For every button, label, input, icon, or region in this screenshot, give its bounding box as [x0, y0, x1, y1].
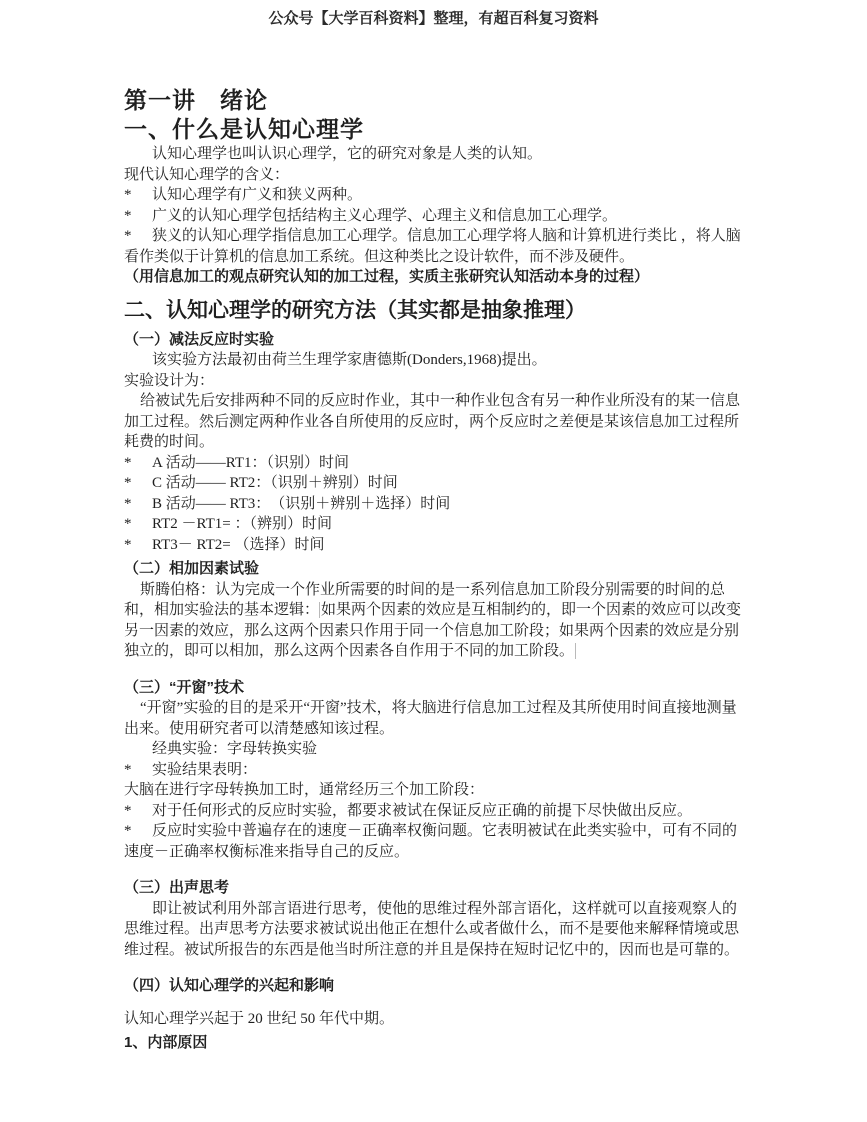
bullet-marker: *: [124, 535, 152, 556]
line-text: 经典实验：字母转换实验: [152, 741, 317, 757]
paragraph: 现代认知心理学的含义：: [124, 165, 747, 186]
line-text: 1、内部原因: [124, 1034, 207, 1051]
paragraph: 该实验方法最初由荷兰生理学家唐德斯(Donders,1968)提出。: [124, 350, 747, 371]
line-text: 大脑在进行字母转换加工时，通常经历三个加工阶段：: [124, 782, 484, 798]
line-text: 认知心理学兴起于 20 世纪 50 年代中期。: [124, 1011, 394, 1027]
paragraph: 经典实验：字母转换实验: [124, 739, 747, 760]
paragraph: 给被试先后安排两种不同的反应时作业，其中一种作业包含有另一种作业所没有的某一信息…: [124, 391, 747, 453]
bullet-text: RT2 －RT1= ：（辨别）时间: [152, 516, 332, 532]
bullet-item: *RT2 －RT1= ：（辨别）时间: [124, 514, 747, 535]
subsection-heading: （三）“开窗”技术: [124, 678, 747, 699]
spacer: [124, 862, 747, 874]
paragraph: 认知心理学兴起于 20 世纪 50 年代中期。: [124, 1009, 747, 1030]
bullet-item: *认知心理学有广义和狭义两种。: [124, 185, 747, 206]
line-text: 认知心理学也叫认识心理学，它的研究对象是人类的认知。: [152, 146, 542, 162]
bullet-item: *A 活动——RT1：（识别）时间: [124, 453, 747, 474]
bullet-marker: *: [124, 453, 152, 474]
line-text: （四）认知心理学的兴起和影响: [124, 977, 334, 994]
page-header-note: 公众号【大学百科资料】整理，有超百科复习资料: [0, 0, 867, 28]
bullet-item: *广义的认知心理学包括结构主义心理学、心理主义和信息加工心理学。: [124, 206, 747, 227]
spacer: [124, 662, 747, 674]
subsection-heading: 1、内部原因: [124, 1033, 747, 1054]
line-text: 该实验方法最初由荷兰生理学家唐德斯(Donders,1968)提出。: [152, 352, 547, 368]
subsection-heading: （四）认知心理学的兴起和影响: [124, 976, 747, 997]
bullet-item: *对于任何形式的反应时实验，都要求被试在保证反应正确的前提下尽快做出反应。: [124, 801, 747, 822]
subsection-heading: （三）出声思考: [124, 878, 747, 899]
line-text: （二）相加因素试验: [124, 560, 259, 577]
bullet-marker: *: [124, 473, 152, 494]
line-text: （用信息加工的观点研究认知的加工过程，实质主张研究认知活动本身的过程）: [124, 268, 649, 285]
bullet-marker: *: [124, 514, 152, 535]
bullet-text: A 活动——RT1：（识别）时间: [152, 455, 349, 471]
bullet-item: *实验结果表明：: [124, 760, 747, 781]
bullet-marker: *: [124, 185, 152, 206]
line-text: 即让被试利用外部言语进行思考，使他的思维过程外部言语化，这样就可以直接观察人的思…: [124, 901, 739, 958]
subsection-heading: （二）相加因素试验: [124, 559, 747, 580]
bullet-item: *C 活动—— RT2：（识别＋辨别）时间: [124, 473, 747, 494]
bullet-marker: *: [124, 494, 152, 515]
bullet-text: 实验结果表明：: [152, 762, 257, 778]
line-text: “开窗”实验的目的是采开“开窗”技术，将大脑进行信息加工过程及其所使用时间直接地…: [124, 700, 737, 737]
line-text: （三）“开窗”技术: [124, 679, 244, 696]
spacer: [124, 960, 747, 972]
line-text: 现代认知心理学的含义：: [124, 167, 289, 183]
bullet-text: 反应时实验中普遍存在的速度－正确率权衡问题。它表明被试在此类实验中，可有不同的速…: [124, 823, 737, 860]
bullet-text: 对于任何形式的反应时实验，都要求被试在保证反应正确的前提下尽快做出反应。: [152, 803, 692, 819]
bullet-text: RT3－ RT2= （选择）时间: [152, 537, 325, 553]
bullet-text: 认知心理学有广义和狭义两种。: [152, 187, 362, 203]
spacer: [124, 997, 747, 1009]
bullet-marker: *: [124, 821, 152, 842]
section-heading: 二、认知心理学的研究方法（其实都是抽象推理）: [124, 296, 747, 326]
bullet-marker: *: [124, 760, 152, 781]
bullet-text: 狭义的认知心理学指信息加工心理学。信息加工心理学将人脑和计算机进行类比 ，将人脑…: [124, 228, 741, 265]
paragraph: 即让被试利用外部言语进行思考，使他的思维过程外部言语化，这样就可以直接观察人的思…: [124, 899, 747, 961]
line-text: 一、什么是认知心理学: [124, 116, 364, 142]
section-heading: 第一讲 绪论: [124, 86, 747, 115]
line-text: （三）出声思考: [124, 879, 229, 896]
line-text: 给被试先后安排两种不同的反应时作业，其中一种作业包含有另一种作业所没有的某一信息…: [124, 393, 740, 450]
paragraph: 实验设计为：: [124, 371, 747, 392]
subsection-heading: （一）减法反应时实验: [124, 330, 747, 351]
line-text: （一）减法反应时实验: [124, 331, 274, 348]
bullet-item: *狭义的认知心理学指信息加工心理学。信息加工心理学将人脑和计算机进行类比 ，将人…: [124, 226, 747, 267]
bullet-item: *B 活动—— RT3： （识别＋辨别＋选择）时间: [124, 494, 747, 515]
paragraph: 大脑在进行字母转换加工时，通常经历三个加工阶段：: [124, 780, 747, 801]
bullet-marker: *: [124, 206, 152, 227]
line-text: 实验设计为：: [124, 373, 214, 389]
paragraph: 认知心理学也叫认识心理学，它的研究对象是人类的认知。: [124, 144, 747, 165]
bullet-item: *反应时实验中普遍存在的速度－正确率权衡问题。它表明被试在此类实验中，可有不同的…: [124, 821, 747, 862]
bullet-item: *RT3－ RT2= （选择）时间: [124, 535, 747, 556]
bullet-marker: *: [124, 801, 152, 822]
bullet-text: C 活动—— RT2：（识别＋辨别）时间: [152, 475, 398, 491]
line-text: 二、认知心理学的研究方法（其实都是抽象推理）: [124, 299, 586, 322]
paragraph: 斯腾伯格：认为完成一个作业所需要的时间的是一系列信息加工阶段分别需要的时间的总和…: [124, 580, 747, 662]
bold-paragraph: （用信息加工的观点研究认知的加工过程，实质主张研究认知活动本身的过程）: [124, 267, 747, 288]
document-page: 公众号【大学百科资料】整理，有超百科复习资料 第一讲 绪论一、什么是认知心理学认…: [0, 0, 867, 1122]
document-body: 第一讲 绪论一、什么是认知心理学认知心理学也叫认识心理学，它的研究对象是人类的认…: [124, 86, 747, 1054]
bullet-marker: *: [124, 226, 152, 247]
section-heading: 一、什么是认知心理学: [124, 115, 747, 144]
line-text: 第一讲 绪论: [124, 87, 268, 113]
bullet-text: B 活动—— RT3： （识别＋辨别＋选择）时间: [152, 496, 450, 512]
bullet-text: 广义的认知心理学包括结构主义心理学、心理主义和信息加工心理学。: [152, 208, 617, 224]
paragraph: “开窗”实验的目的是采开“开窗”技术，将大脑进行信息加工过程及其所使用时间直接地…: [124, 698, 747, 739]
